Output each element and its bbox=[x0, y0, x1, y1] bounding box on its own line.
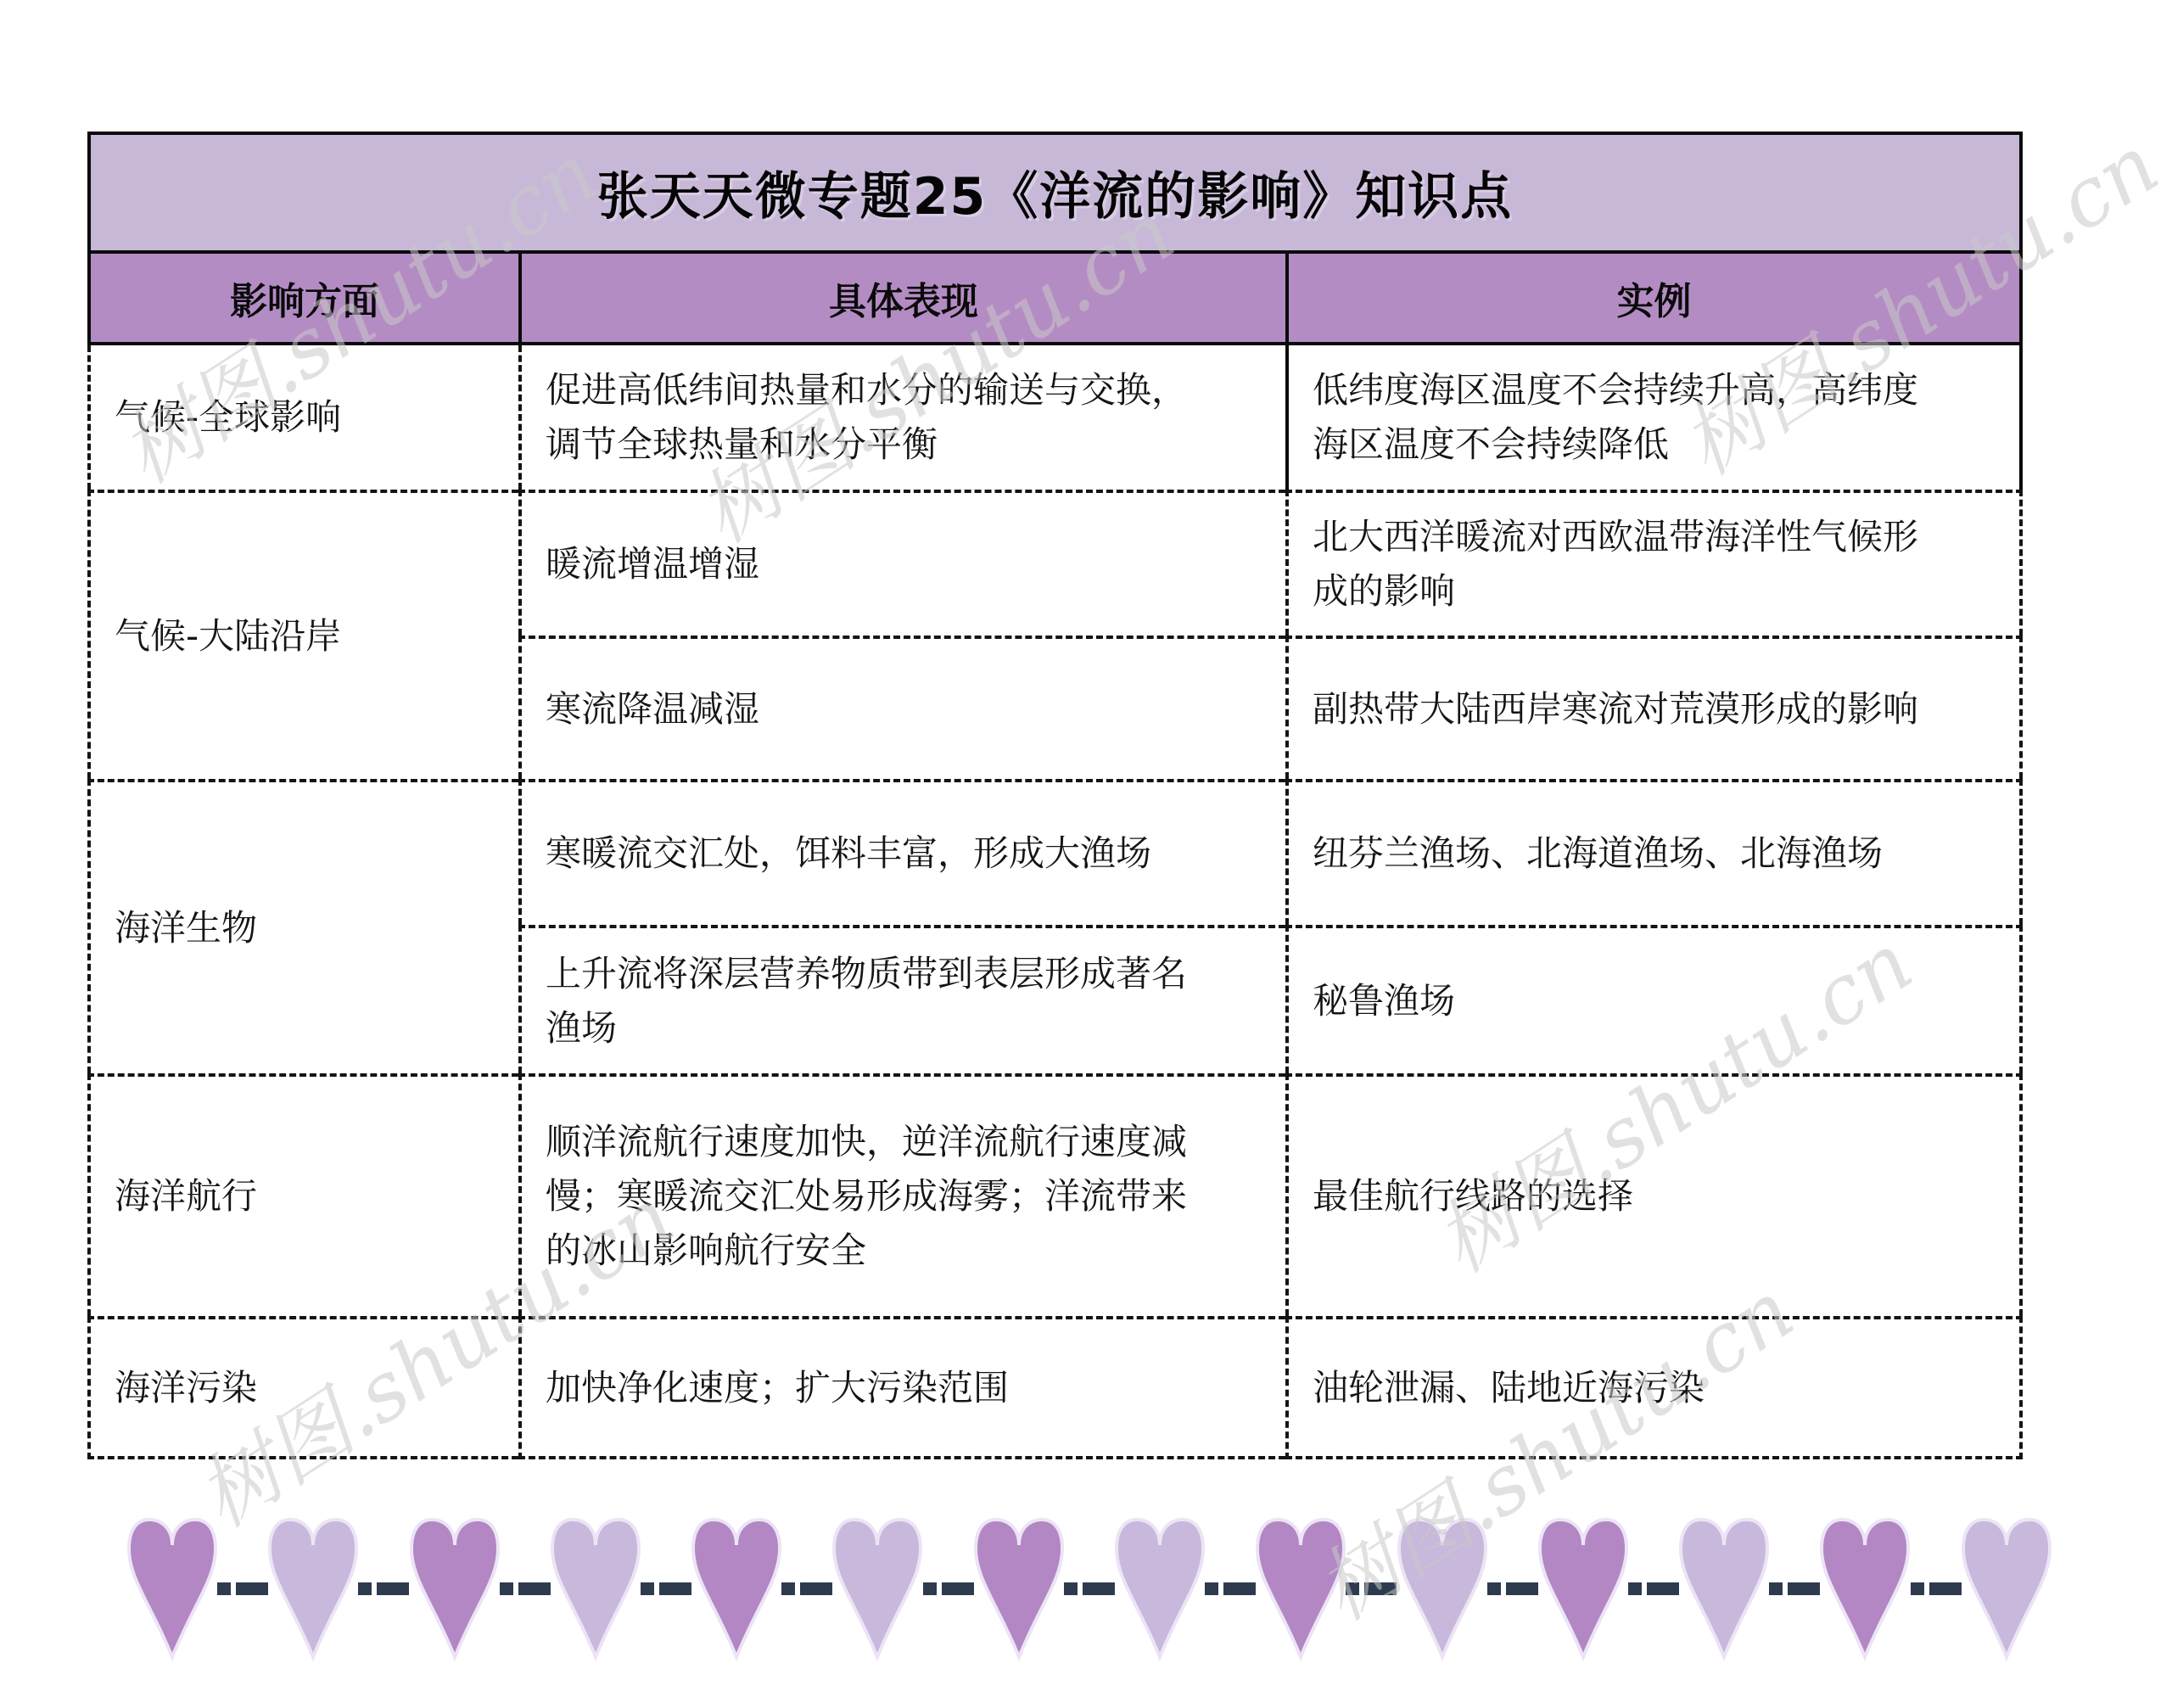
detail-cell-fishing-ground: 寒暖流交汇处，饵料丰富，形成大渔场 bbox=[518, 779, 1285, 925]
dash bbox=[800, 1582, 832, 1595]
detail-cell-warm-current: 暖流增温增湿 bbox=[518, 490, 1285, 636]
heart-connector-dash bbox=[1911, 1582, 1962, 1595]
heart-icon bbox=[831, 1514, 924, 1663]
example-cell-pollution: 油轮泄漏、陆地近海污染 bbox=[1285, 1316, 2023, 1459]
header-aspect: 影响方面 bbox=[87, 254, 518, 345]
page-title: 张天天微专题25《洋流的影响》知识点 bbox=[597, 156, 1514, 229]
heart-connector-dash bbox=[1205, 1582, 1256, 1595]
dash bbox=[1083, 1582, 1115, 1595]
detail-cell-climate-global: 促进高低纬间热量和水分的输送与交换， 调节全球热量和水分平衡 bbox=[518, 345, 1285, 490]
dash bbox=[1223, 1582, 1256, 1595]
table-body: 气候-全球影响 促进高低纬间热量和水分的输送与交换， 调节全球热量和水分平衡 低… bbox=[87, 345, 2023, 1459]
dash bbox=[1205, 1582, 1218, 1595]
heart-connector-dash bbox=[500, 1582, 551, 1595]
dash bbox=[1769, 1582, 1783, 1595]
heart-icon bbox=[1818, 1514, 1912, 1663]
example-cell-cold-current: 副热带大陆西岸寒流对荒漠形成的影响 bbox=[1285, 636, 2023, 779]
detail-cell-pollution: 加快净化速度；扩大污染范围 bbox=[518, 1316, 1285, 1459]
detail-cell-navigation: 顺洋流航行速度加快，逆洋流航行速度减 慢；寒暖流交汇处易形成海雾；洋流带来 的冰… bbox=[518, 1073, 1285, 1316]
heart-connector-dash bbox=[358, 1582, 409, 1595]
header-example: 实例 bbox=[1285, 254, 2023, 345]
dash bbox=[1487, 1582, 1501, 1595]
dash bbox=[500, 1582, 513, 1595]
heart-connector-dash bbox=[641, 1582, 691, 1595]
dash bbox=[1647, 1582, 1679, 1595]
heart-connector-dash bbox=[1487, 1582, 1538, 1595]
dash bbox=[923, 1582, 937, 1595]
heart-icon bbox=[549, 1514, 642, 1663]
dash bbox=[1929, 1582, 1962, 1595]
dash bbox=[781, 1582, 795, 1595]
table-title-bar: 张天天微专题25《洋流的影响》知识点 bbox=[87, 132, 2023, 254]
example-cell-warm-current: 北大西洋暖流对西欧温带海洋性气候形 成的影响 bbox=[1285, 490, 2023, 636]
heart-connector-dash bbox=[1769, 1582, 1820, 1595]
heart-icon bbox=[972, 1514, 1066, 1663]
example-cell-navigation: 最佳航行线路的选择 bbox=[1285, 1073, 2023, 1316]
dash bbox=[518, 1582, 551, 1595]
example-cell-upwelling: 秘鲁渔场 bbox=[1285, 925, 2023, 1073]
table-header-row: 影响方面 具体表现 实例 bbox=[87, 254, 2023, 345]
dash bbox=[942, 1582, 974, 1595]
dash bbox=[377, 1582, 409, 1595]
example-cell-climate-global: 低纬度海区温度不会持续升高，高纬度 海区温度不会持续降低 bbox=[1285, 345, 2023, 490]
heart-icon bbox=[1113, 1514, 1206, 1663]
detail-cell-cold-current: 寒流降温减湿 bbox=[518, 636, 1285, 779]
dash bbox=[358, 1582, 372, 1595]
heart-icon bbox=[690, 1514, 783, 1663]
detail-cell-upwelling: 上升流将深层营养物质带到表层形成著名 渔场 bbox=[518, 925, 1285, 1073]
dash bbox=[1364, 1582, 1397, 1595]
dash bbox=[1911, 1582, 1924, 1595]
aspect-cell-climate-global: 气候-全球影响 bbox=[87, 345, 518, 490]
heart-connector-dash bbox=[217, 1582, 268, 1595]
heart-connector-dash bbox=[781, 1582, 832, 1595]
heart-icon bbox=[1537, 1514, 1630, 1663]
aspect-cell-marine-life: 海洋生物 bbox=[87, 779, 518, 1073]
heart-icon bbox=[126, 1514, 219, 1663]
page-canvas: 张天天微专题25《洋流的影响》知识点 影响方面 具体表现 实例 气候-全球影响 … bbox=[0, 0, 2172, 1708]
heart-icon bbox=[1960, 1514, 2053, 1663]
heart-icon bbox=[408, 1514, 501, 1663]
dash bbox=[1506, 1582, 1538, 1595]
example-cell-fishing-ground: 纽芬兰渔场、北海道渔场、北海渔场 bbox=[1285, 779, 2023, 925]
heart-connector-dash bbox=[1346, 1582, 1397, 1595]
dash bbox=[217, 1582, 231, 1595]
header-detail: 具体表现 bbox=[518, 254, 1285, 345]
heart-connector-dash bbox=[1064, 1582, 1115, 1595]
dash bbox=[1788, 1582, 1820, 1595]
heart-icon bbox=[1254, 1514, 1347, 1663]
dash bbox=[236, 1582, 268, 1595]
dash bbox=[1346, 1582, 1359, 1595]
dash bbox=[1628, 1582, 1642, 1595]
hearts-divider bbox=[126, 1512, 2053, 1665]
aspect-cell-navigation: 海洋航行 bbox=[87, 1073, 518, 1316]
aspect-cell-climate-coast: 气候-大陆沿岸 bbox=[87, 490, 518, 779]
heart-connector-dash bbox=[923, 1582, 974, 1595]
heart-connector-dash bbox=[1628, 1582, 1679, 1595]
heart-icon bbox=[1677, 1514, 1771, 1663]
heart-icon bbox=[266, 1514, 360, 1663]
dash bbox=[641, 1582, 654, 1595]
heart-icon bbox=[1396, 1514, 1489, 1663]
aspect-cell-pollution: 海洋污染 bbox=[87, 1316, 518, 1459]
dash bbox=[659, 1582, 691, 1595]
dash bbox=[1064, 1582, 1078, 1595]
